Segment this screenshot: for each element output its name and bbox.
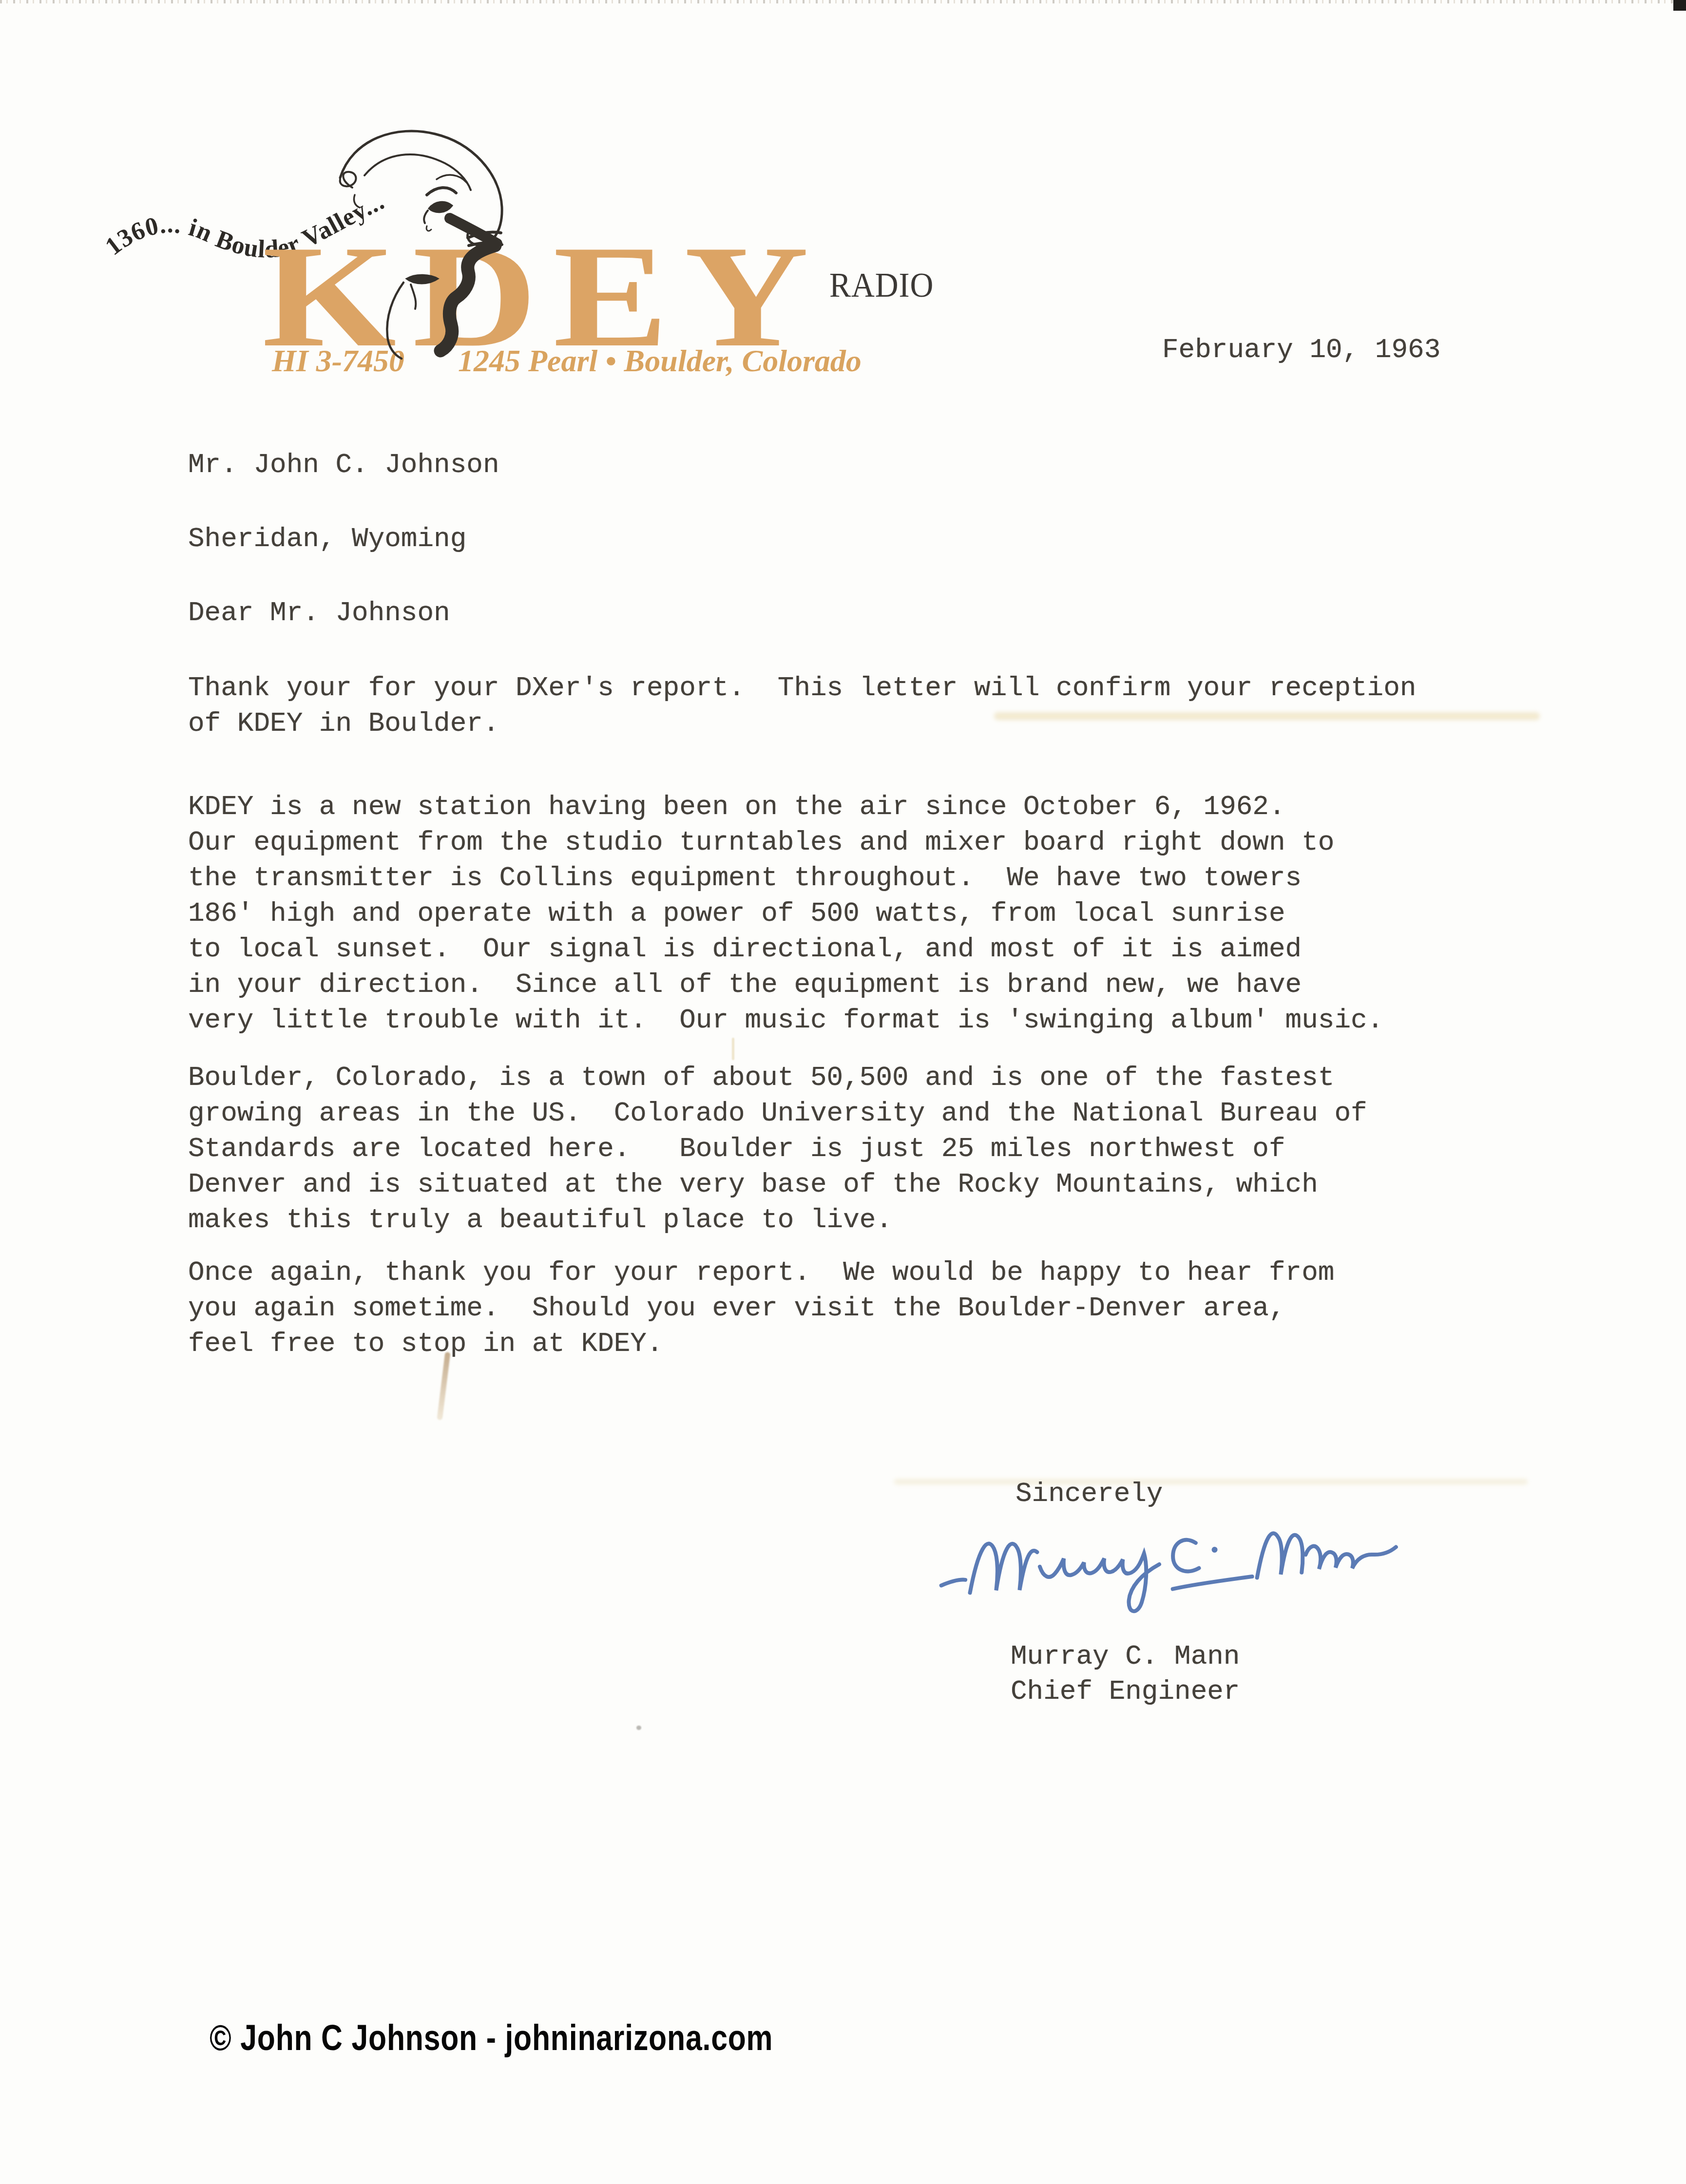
scan-edge-artifact xyxy=(0,0,1686,3)
recipient-name: Mr. John C. Johnson xyxy=(188,447,499,483)
letter-date: February 10, 1963 xyxy=(1162,332,1440,368)
paper-speck xyxy=(636,1726,641,1730)
salutation: Dear Mr. Johnson xyxy=(188,595,450,631)
scanned-letter-page: 1360... in Boulder Valley... KDEY RADIO xyxy=(0,0,1686,2184)
scan-corner-mark xyxy=(1673,0,1686,11)
body-paragraph: Boulder, Colorado, is a town of about 50… xyxy=(188,1060,1367,1238)
paper-stain xyxy=(437,1352,451,1420)
body-paragraph: KDEY is a new station having been on the… xyxy=(188,789,1383,1038)
woman-sketch-illustration xyxy=(306,122,516,361)
letterhead-address: 1245 Pearl • Boulder, Colorado xyxy=(458,344,862,378)
paper-stain xyxy=(732,1038,734,1060)
copyright-credit: © John C Johnson - johninarizona.com xyxy=(210,2017,773,2058)
recipient-city: Sheridan, Wyoming xyxy=(188,521,466,557)
station-suffix-label: RADIO xyxy=(829,266,934,304)
signed-typed-title: Chief Engineer xyxy=(1011,1674,1240,1709)
body-paragraph: Thank your for your DXer's report. This … xyxy=(188,670,1416,741)
handwritten-signature xyxy=(930,1480,1483,1654)
body-paragraph: Once again, thank you for your report. W… xyxy=(188,1255,1334,1362)
